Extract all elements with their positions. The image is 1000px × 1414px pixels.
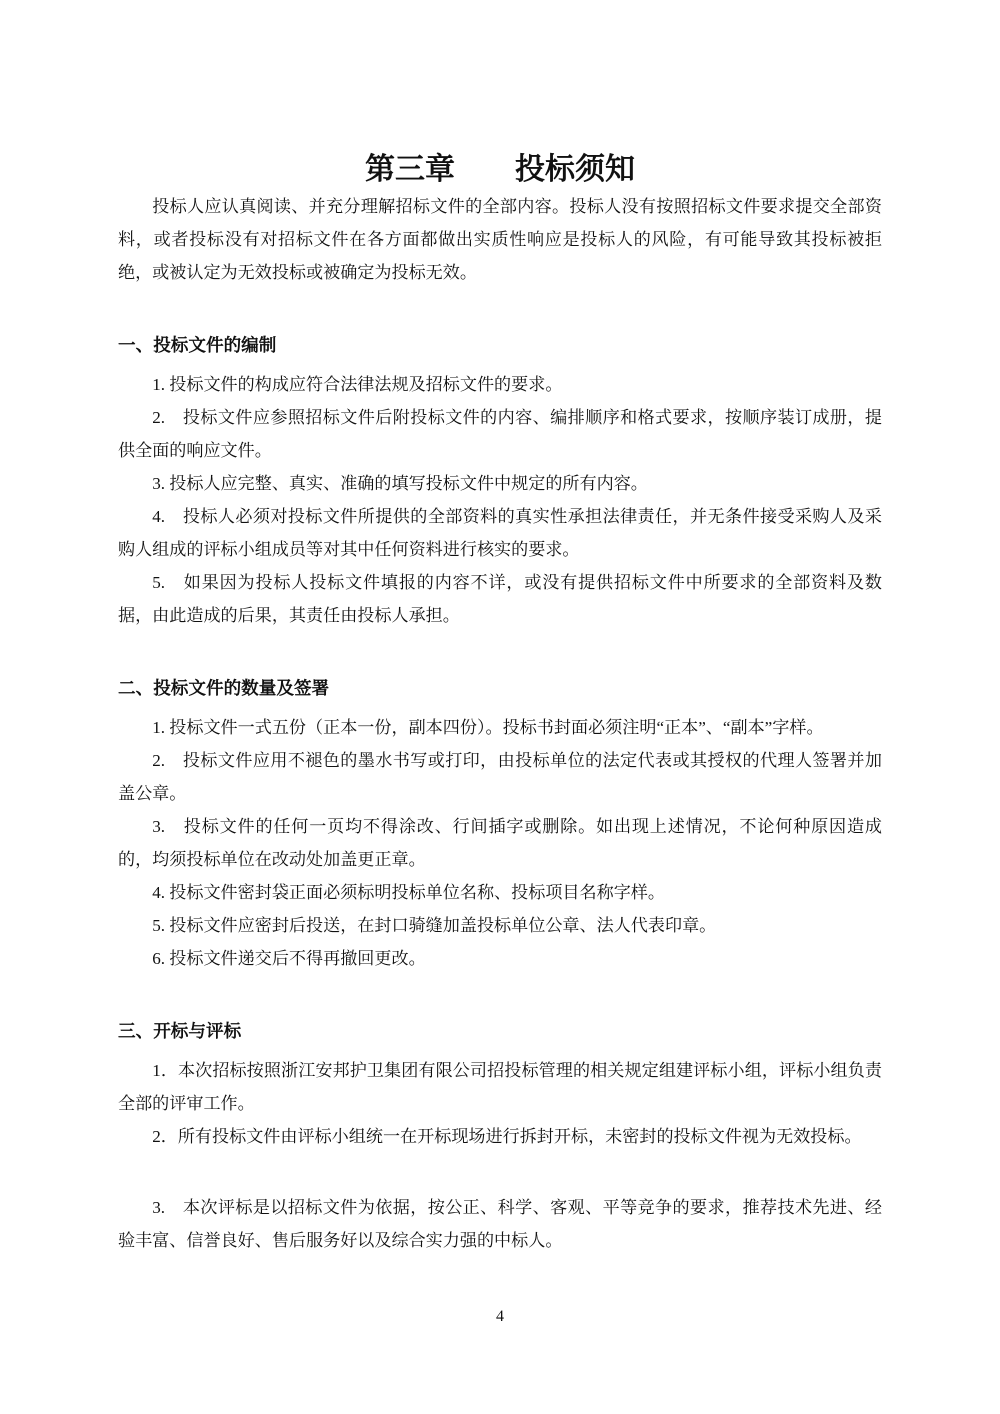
section-item: 5. 如果因为投标人投标文件填报的内容不详，或没有提供招标文件中所要求的全部资料… bbox=[118, 566, 882, 632]
section-item: 1. 投标文件一式五份（正本一份，副本四份）。投标书封面必须注明“正本”、“副本… bbox=[118, 711, 882, 744]
section-heading: 二、投标文件的数量及签署 bbox=[118, 672, 882, 705]
intro-paragraph: 投标人应认真阅读、并充分理解招标文件的全部内容。投标人没有按照招标文件要求提交全… bbox=[118, 190, 882, 289]
section-item: 2. 投标文件应用不褪色的墨水书写或打印，由投标单位的法定代表或其授权的代理人签… bbox=[118, 744, 882, 810]
section-3: 三、开标与评标1．本次招标按照浙江安邦护卫集团有限公司招投标管理的相关规定组建评… bbox=[118, 1015, 882, 1257]
section-item: 4. 投标文件密封袋正面必须标明投标单位名称、投标项目名称字样。 bbox=[118, 876, 882, 909]
section-heading: 三、开标与评标 bbox=[118, 1015, 882, 1048]
page-title: 第三章 投标须知 bbox=[118, 0, 882, 190]
section-item: 3. 本次评标是以招标文件为依据，按公正、科学、客观、平等竞争的要求，推荐技术先… bbox=[118, 1191, 882, 1257]
section-item: 3. 投标文件的任何一页均不得涂改、行间插字或删除。如出现上述情况，不论何种原因… bbox=[118, 810, 882, 876]
page-number: 4 bbox=[0, 1300, 1000, 1333]
section-item: 1．本次招标按照浙江安邦护卫集团有限公司招投标管理的相关规定组建评标小组，评标小… bbox=[118, 1054, 882, 1120]
document-page: 第三章 投标须知 投标人应认真阅读、并充分理解招标文件的全部内容。投标人没有按照… bbox=[0, 0, 1000, 1414]
document-content: 第三章 投标须知 投标人应认真阅读、并充分理解招标文件的全部内容。投标人没有按照… bbox=[118, 0, 882, 1257]
section-item: 2．所有投标文件由评标小组统一在开标现场进行拆封开标，未密封的投标文件视为无效投… bbox=[118, 1120, 882, 1153]
section-item: 4. 投标人必须对投标文件所提供的全部资料的真实性承担法律责任，并无条件接受采购… bbox=[118, 500, 882, 566]
section-1: 一、投标文件的编制1. 投标文件的构成应符合法律法规及招标文件的要求。2. 投标… bbox=[118, 329, 882, 632]
sections-container: 一、投标文件的编制1. 投标文件的构成应符合法律法规及招标文件的要求。2. 投标… bbox=[118, 329, 882, 1257]
section-heading: 一、投标文件的编制 bbox=[118, 329, 882, 362]
section-item: 3. 投标人应完整、真实、准确的填写投标文件中规定的所有内容。 bbox=[118, 467, 882, 500]
section-2: 二、投标文件的数量及签署1. 投标文件一式五份（正本一份，副本四份）。投标书封面… bbox=[118, 672, 882, 975]
section-item: 1. 投标文件的构成应符合法律法规及招标文件的要求。 bbox=[118, 368, 882, 401]
section-item: 5. 投标文件应密封后投送，在封口骑缝加盖投标单位公章、法人代表印章。 bbox=[118, 909, 882, 942]
section-item: 2. 投标文件应参照招标文件后附投标文件的内容、编排顺序和格式要求，按顺序装订成… bbox=[118, 401, 882, 467]
section-item: 6. 投标文件递交后不得再撤回更改。 bbox=[118, 942, 882, 975]
